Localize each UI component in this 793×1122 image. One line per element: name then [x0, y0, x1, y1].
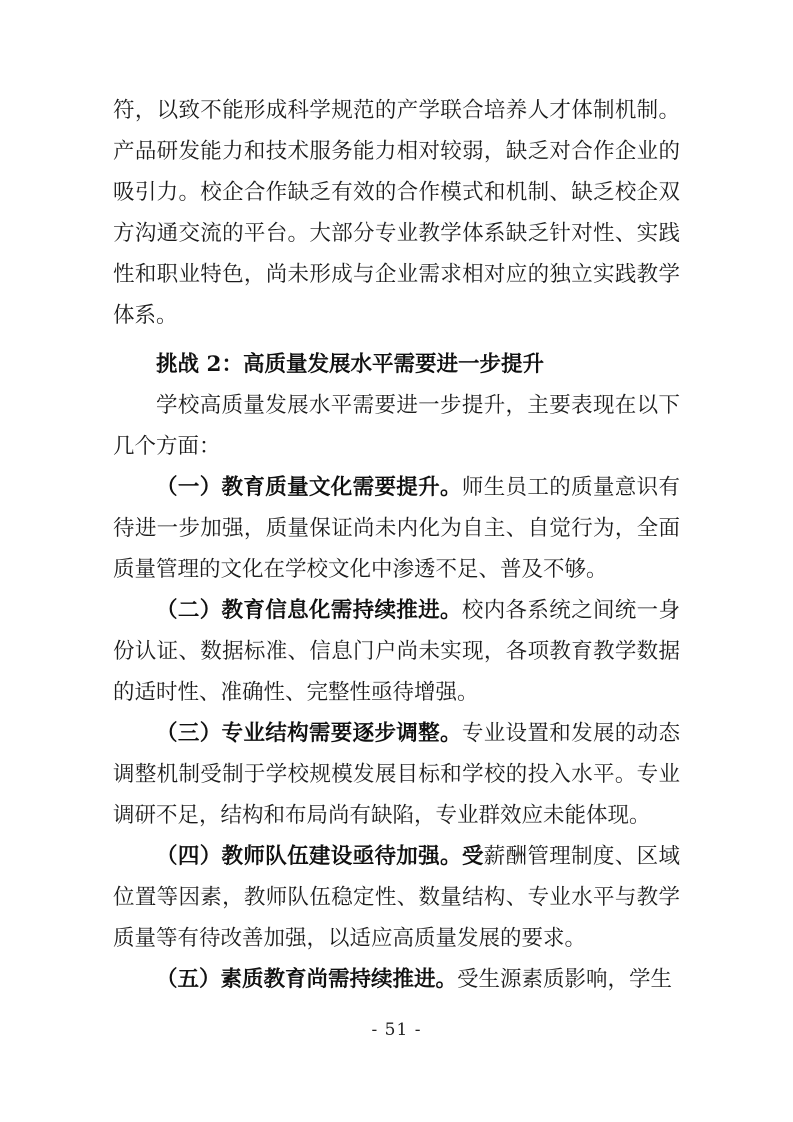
page-footer: - 51 - [0, 1020, 793, 1040]
paragraph-item-5: （五）素质教育尚需持续推进。受生源素质影响，学生 [113, 959, 680, 1000]
paragraph-item-3: （三）专业结构需要逐步调整。专业设置和发展的动态调整机制受制于学校规模发展目标和… [113, 713, 680, 836]
paragraph-item-4: （四）教师队伍建设亟待加强。受薪酬管理制度、区域位置等因素，教师队伍稳定性、数量… [113, 836, 680, 959]
section-heading-challenge-2: 挑战 2：高质量发展水平需要进一步提升 [113, 344, 680, 385]
document-page: 符，以致不能形成科学规范的产学联合培养人才体制机制。产品研发能力和技术服务能力相… [0, 0, 793, 1122]
paragraph-item-5-text: 受生源素质影响，学生 [457, 967, 672, 992]
paragraph-item-2-lead: （二）教育信息化需持续推进。 [156, 598, 462, 623]
paragraph-item-2: （二）教育信息化需持续推进。校内各系统之间统一身份认证、数据标准、信息门户尚未实… [113, 590, 680, 713]
document-body: 符，以致不能形成科学规范的产学联合培养人才体制机制。产品研发能力和技术服务能力相… [113, 90, 680, 1000]
paragraph-item-3-lead: （三）专业结构需要逐步调整。 [156, 721, 462, 746]
paragraph-intro-text: 学校高质量发展水平需要进一步提升，主要表现在以下几个方面： [113, 393, 680, 459]
paragraph-continuation-text: 符，以致不能形成科学规范的产学联合培养人才体制机制。产品研发能力和技术服务能力相… [113, 98, 680, 328]
paragraph-item-1: （一）教育质量文化需要提升。师生员工的质量意识有待进一步加强，质量保证尚未内化为… [113, 467, 680, 590]
paragraph-continuation: 符，以致不能形成科学规范的产学联合培养人才体制机制。产品研发能力和技术服务能力相… [113, 90, 680, 336]
page-number: - 51 - [372, 1020, 422, 1040]
paragraph-intro: 学校高质量发展水平需要进一步提升，主要表现在以下几个方面： [113, 385, 680, 467]
paragraph-item-5-lead: （五）素质教育尚需持续推进。 [156, 967, 457, 992]
paragraph-item-4-lead: （四）教师队伍建设亟待加强。受 [156, 844, 484, 869]
section-heading-challenge-2-text: 挑战 2：高质量发展水平需要进一步提升 [156, 352, 544, 377]
paragraph-item-1-lead: （一）教育质量文化需要提升。 [156, 475, 462, 500]
